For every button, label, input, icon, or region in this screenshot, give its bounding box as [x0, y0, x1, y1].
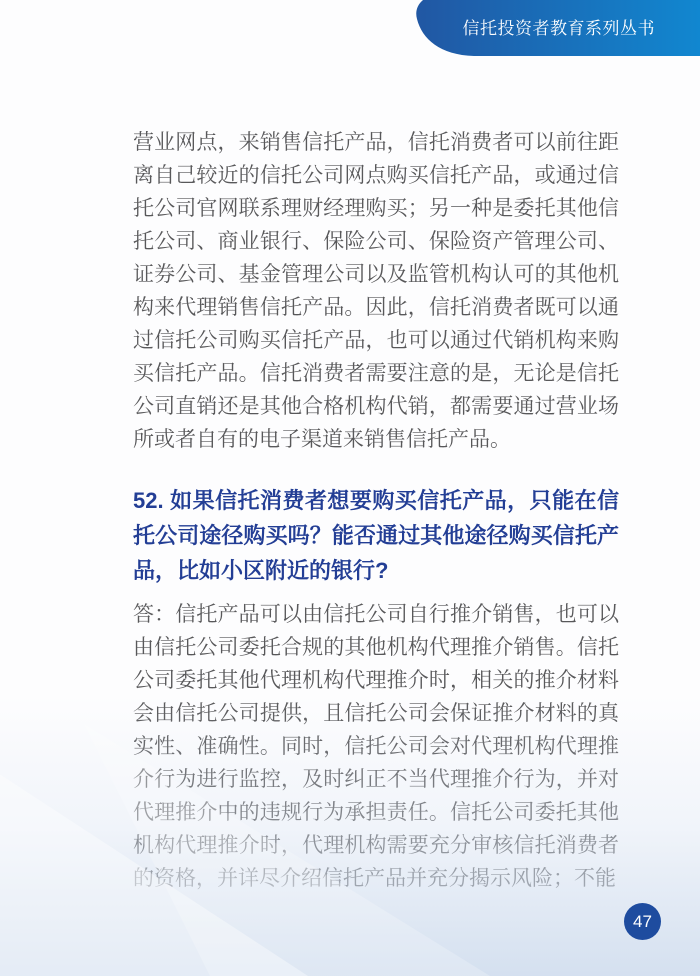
page-number-badge: 47	[624, 903, 661, 940]
body-paragraph-continuation: 营业网点，来销售信托产品，信托消费者可以前往距离自己较近的信托公司网点购买信托产…	[133, 126, 619, 456]
answer-paragraph: 答：信托产品可以由信托公司自行推介销售，也可以由信托公司委托合规的其他机构代理推…	[133, 598, 619, 895]
header-ribbon: 信托投资者教育系列丛书	[410, 0, 700, 56]
page-content: 营业网点，来销售信托产品，信托消费者可以前往距离自己较近的信托公司网点购买信托产…	[133, 126, 619, 895]
book-page: 信托投资者教育系列丛书 营业网点，来销售信托产品，信托消费者可以前往距离自己较近…	[0, 0, 700, 976]
series-title: 信托投资者教育系列丛书	[463, 0, 656, 56]
question-heading: 52. 如果信托消费者想要购买信托产品，只能在信托公司途径购买吗？能否通过其他途…	[133, 483, 619, 588]
